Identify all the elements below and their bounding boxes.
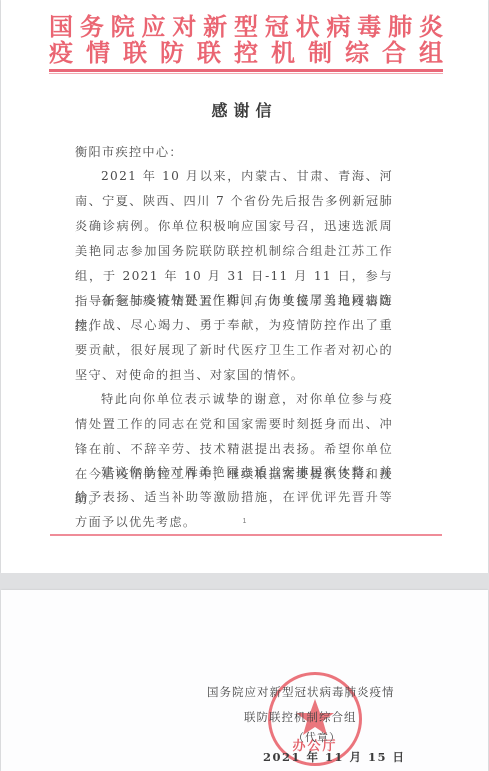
letterhead-char: 组: [419, 41, 443, 65]
letterhead-rule-thin: [49, 73, 443, 74]
page-separator: [0, 573, 489, 590]
footer-rule: [50, 534, 442, 536]
letterhead-char: 应: [141, 15, 165, 39]
letterhead-char: 院: [111, 15, 135, 39]
letterhead-char: 联: [123, 41, 147, 65]
seal-note: （代章）: [293, 729, 341, 745]
signature-date: 2021 年 11 月 15 日: [263, 749, 406, 765]
letterhead-char: 炎: [419, 15, 443, 39]
letter-title: 感谢信: [1, 98, 488, 121]
letterhead-char: 新: [203, 15, 227, 39]
letterhead-char: 联: [197, 41, 221, 65]
signature-org-line-1: 国务院应对新型冠状病毒肺炎疫情: [207, 684, 395, 700]
letterhead-char: 型: [234, 15, 258, 39]
letterhead-char: 毒: [357, 15, 381, 39]
letterhead-char: 制: [308, 41, 332, 65]
letterhead-char: 防: [160, 41, 184, 65]
letterhead-char: 国: [49, 15, 73, 39]
document-viewer: 国 务 院 应 对 新 型 冠 状 病 毒 肺 炎 疫 情 联 防 联 控 机 …: [0, 0, 489, 771]
letterhead-char: 机: [271, 41, 295, 65]
letterhead-line-1: 国 务 院 应 对 新 型 冠 状 病 毒 肺 炎: [49, 15, 443, 39]
paragraph-2: 在参与疫情处置工作期间，你单位周美艳同志连续作战、尽心竭力、勇于奉献，为疫情防控…: [75, 288, 393, 388]
signature-org-line-2: 联防联控机制综合组: [244, 709, 357, 725]
salutation: 衡阳市疾控中心：: [75, 140, 393, 165]
letterhead-char: 状: [296, 15, 320, 39]
page-number: 1: [1, 518, 488, 525]
letterhead-rule: [49, 69, 443, 72]
letterhead-char: 综: [345, 41, 369, 65]
letterhead-char: 疫: [49, 41, 73, 65]
letterhead-char: 对: [172, 15, 196, 39]
letterhead-line-2: 疫 情 联 防 联 控 机 制 综 合 组: [49, 41, 443, 65]
page-2: [1, 590, 488, 771]
letterhead-char: 控: [234, 41, 258, 65]
page-1: 国 务 院 应 对 新 型 冠 状 病 毒 肺 炎 疫 情 联 防 联 控 机 …: [1, 0, 488, 573]
letterhead-char: 务: [80, 15, 104, 39]
letterhead-char: 情: [86, 41, 110, 65]
letterhead-char: 肺: [388, 15, 412, 39]
letterhead-char: 病: [326, 15, 350, 39]
letterhead-char: 合: [382, 41, 406, 65]
letterhead-char: 冠: [265, 15, 289, 39]
